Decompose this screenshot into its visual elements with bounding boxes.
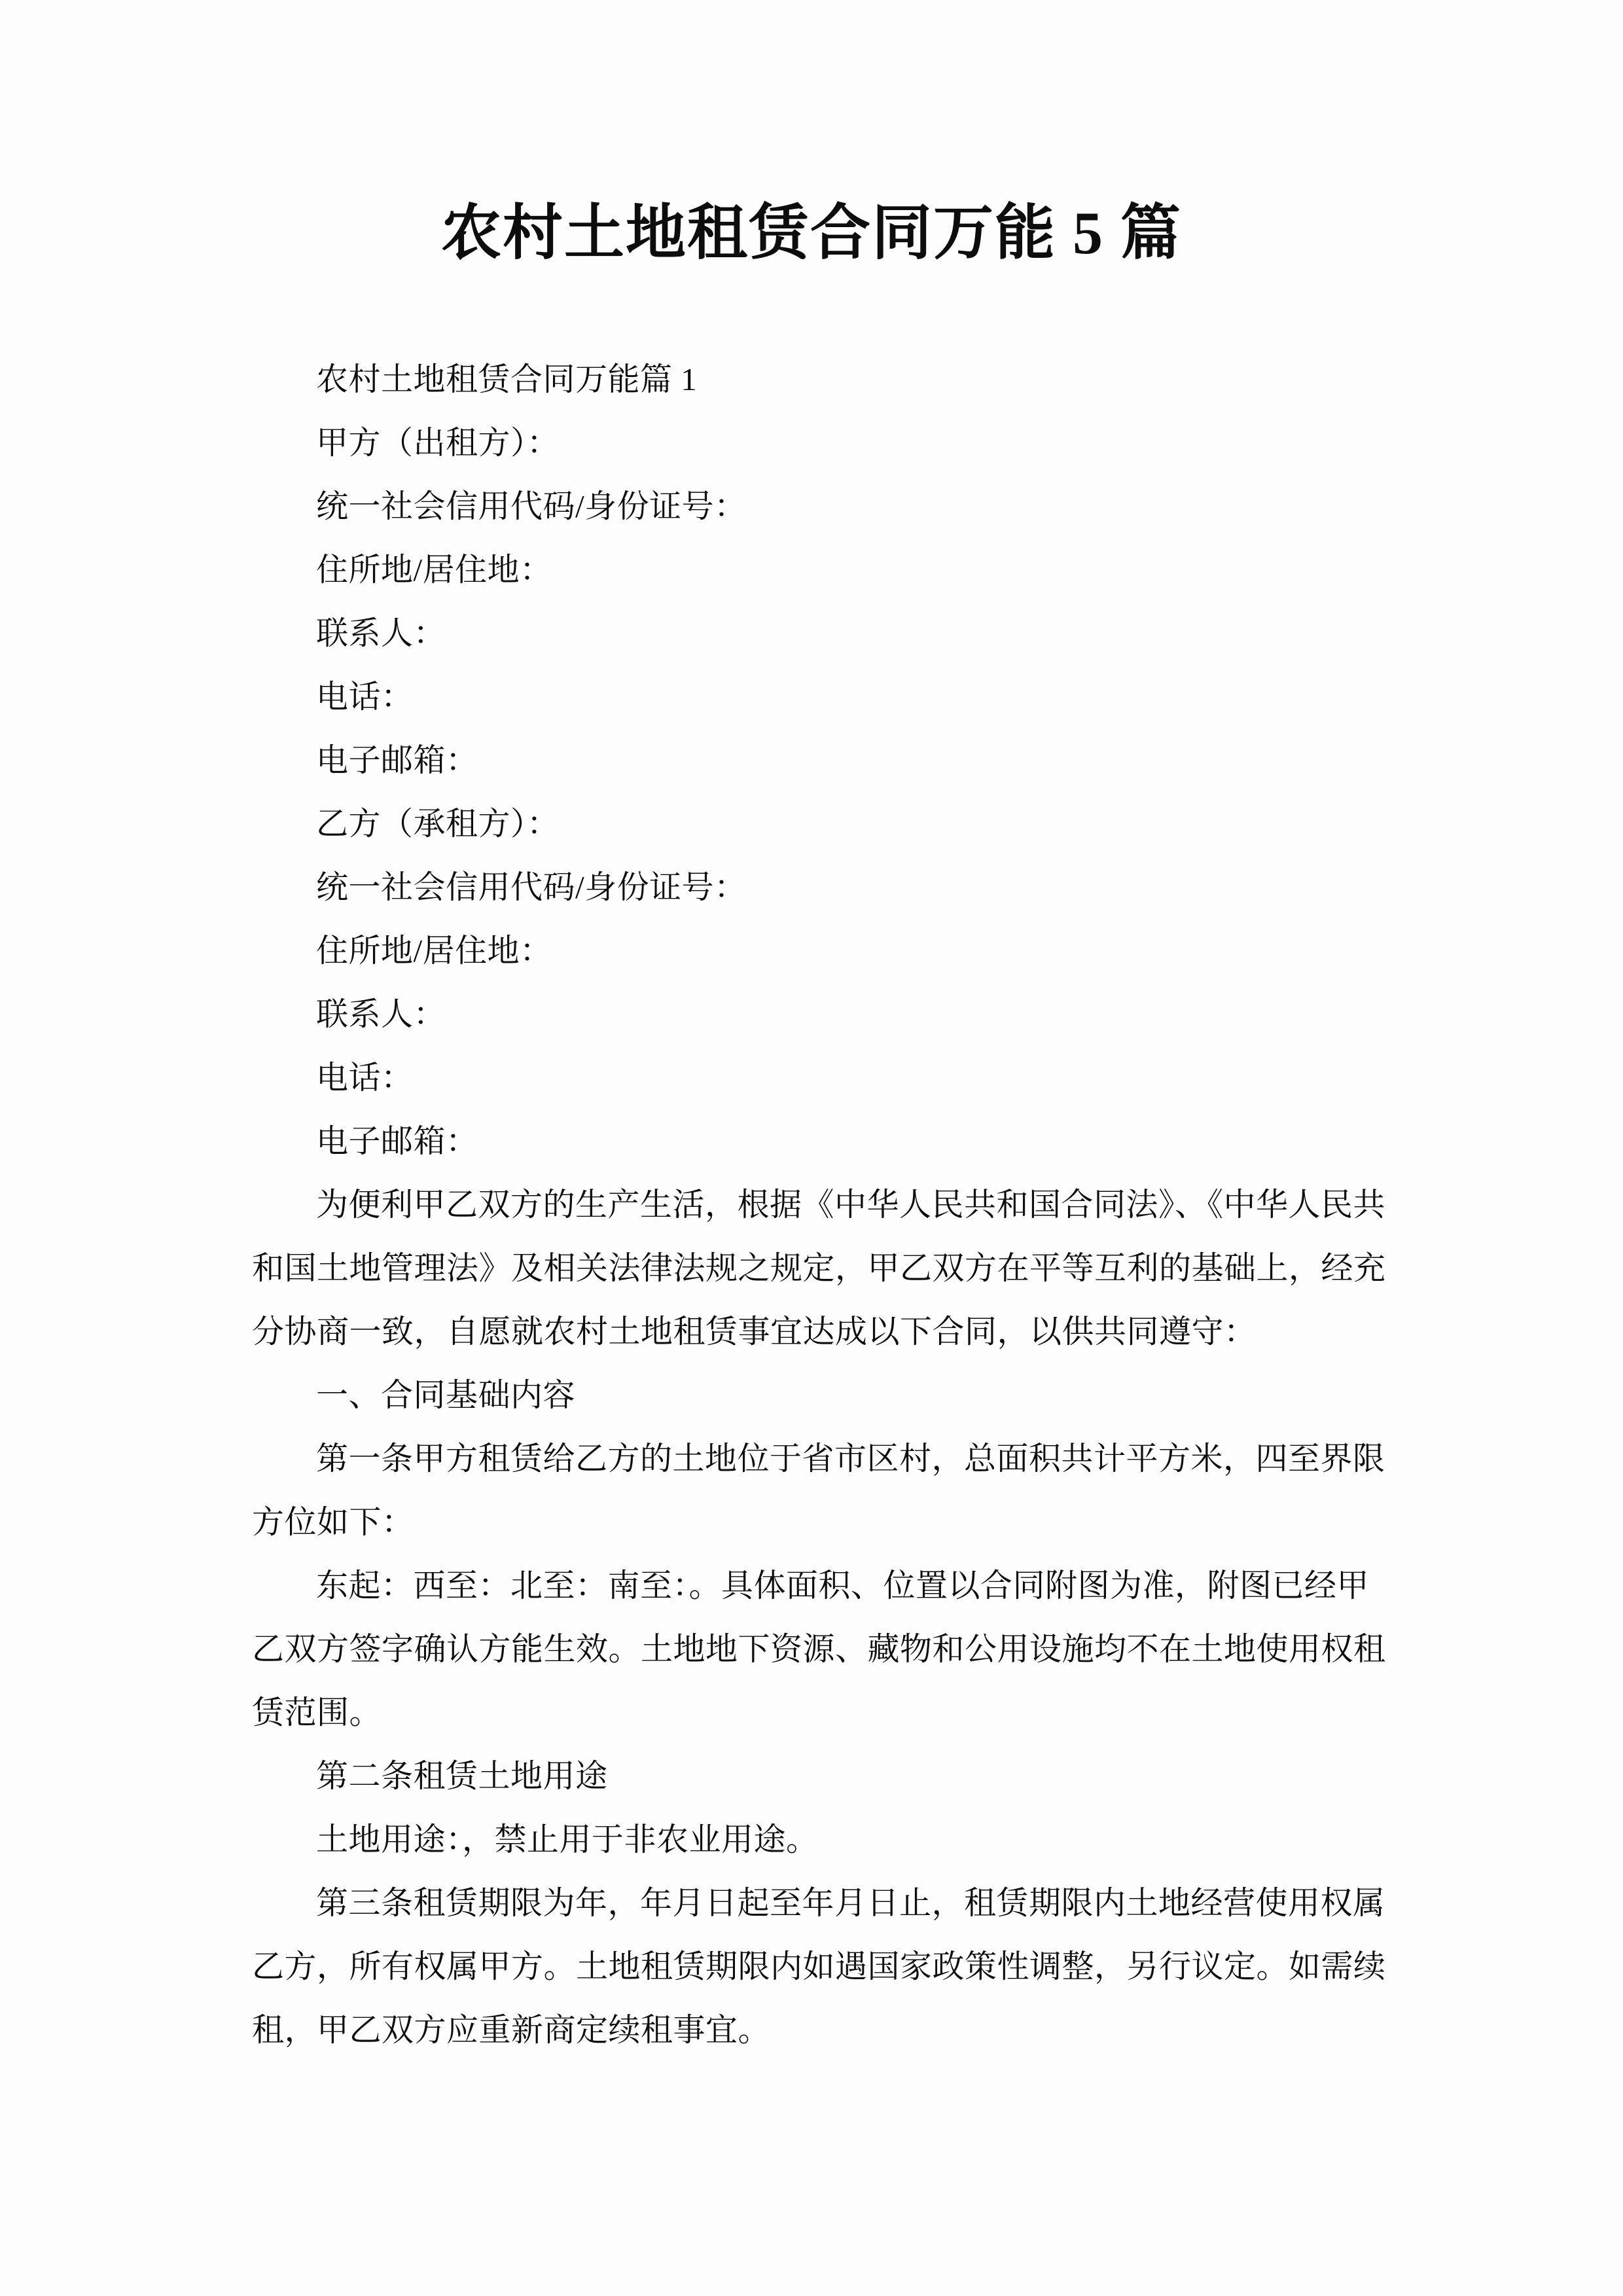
paragraph-line: 统一社会信用代码/身份证号： (252, 475, 1384, 538)
paragraph-line: 电话： (252, 665, 1384, 728)
paragraph-line: 方位如下： (252, 1490, 1384, 1554)
paragraph-line: 联系人： (252, 601, 1384, 665)
paragraph-line: 为便利甲乙双方的生产生活，根据《中华人民共和国合同法》、《中华人民共 (252, 1173, 1384, 1236)
paragraph-line: 第二条租赁土地用途 (252, 1744, 1384, 1808)
paragraph-line: 和国土地管理法》及相关法律法规之规定，甲乙双方在平等互利的基础上，经充 (252, 1236, 1384, 1300)
paragraph-line: 电话： (252, 1046, 1384, 1109)
paragraph-line: 租，甲乙双方应重新商定续租事宜。 (252, 1998, 1384, 2062)
paragraph-line: 电子邮箱： (252, 1109, 1384, 1173)
document-body: 农村土地租赁合同万能篇 1甲方（出租方）：统一社会信用代码/身份证号：住所地/居… (252, 348, 1384, 2062)
paragraph-line: 住所地/居住地： (252, 538, 1384, 601)
paragraph-line: 联系人： (252, 982, 1384, 1046)
paragraph-line: 乙方（承租方）： (252, 792, 1384, 855)
paragraph-line: 东起：西至：北至：南至：。具体面积、位置以合同附图为准，附图已经甲 (252, 1554, 1384, 1617)
paragraph-line: 赁范围。 (252, 1681, 1384, 1744)
paragraph-line: 住所地/居住地： (252, 919, 1384, 982)
paragraph-line: 乙方，所有权属甲方。土地租赁期限内如遇国家政策性调整，另行议定。如需续 (252, 1935, 1384, 1998)
paragraph-line: 农村土地租赁合同万能篇 1 (252, 348, 1384, 411)
paragraph-line: 统一社会信用代码/身份证号： (252, 855, 1384, 919)
paragraph-line: 第三条租赁期限为年，年月日起至年月日止，租赁期限内土地经营使用权属 (252, 1871, 1384, 1935)
paragraph-line: 分协商一致，自愿就农村土地租赁事宜达成以下合同，以供共同遵守： (252, 1300, 1384, 1363)
paragraph-line: 土地用途：，禁止用于非农业用途。 (252, 1808, 1384, 1871)
contract-document-page: 农村土地租赁合同万能 5 篇 农村土地租赁合同万能篇 1甲方（出租方）：统一社会… (0, 0, 1623, 2296)
paragraph-line: 甲方（出租方）： (252, 411, 1384, 475)
paragraph-line: 一、合同基础内容 (252, 1363, 1384, 1427)
paragraph-line: 乙双方签字确认方能生效。土地地下资源、藏物和公用设施均不在土地使用权租 (252, 1617, 1384, 1681)
paragraph-line: 电子邮箱： (252, 728, 1384, 792)
paragraph-line: 第一条甲方租赁给乙方的土地位于省市区村，总面积共计平方米，四至界限 (252, 1427, 1384, 1490)
document-title: 农村土地租赁合同万能 5 篇 (0, 196, 1623, 270)
